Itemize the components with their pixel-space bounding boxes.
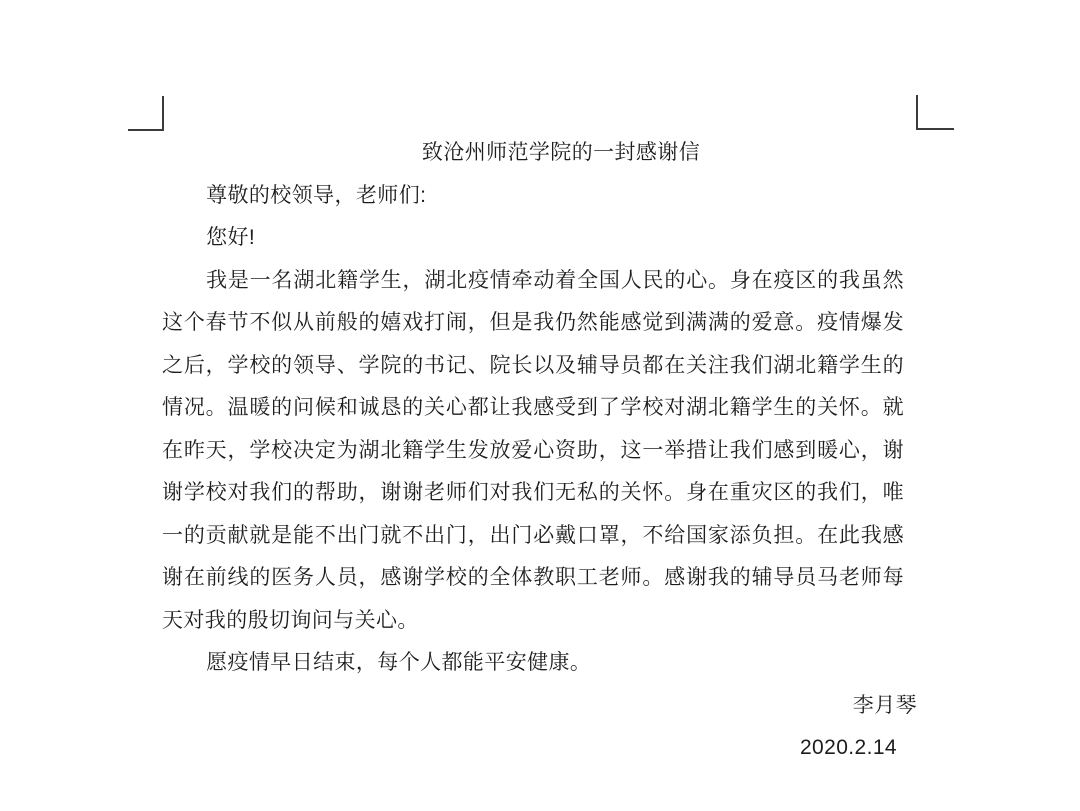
letter-closing-line: 愿疫情早日结束，每个人都能平安健康。 xyxy=(162,642,904,685)
letter-title: 致沧州师范学院的一封感谢信 xyxy=(162,132,904,175)
document-page: 致沧州师范学院的一封感谢信 尊敬的校领导，老师们: 您好! 我是一名湖北籍学生，… xyxy=(0,0,1080,811)
body-line: 一的贡献就是能不出门就不出门，出门必戴口罩，不给国家添负担。在此我感 xyxy=(162,515,904,558)
body-line: 之后，学校的领导、学院的书记、院长以及辅导员都在关注我们湖北籍学生的 xyxy=(162,345,904,388)
body-line: 天对我的殷切询问与关心。 xyxy=(162,600,904,643)
letter-salutation: 尊敬的校领导，老师们: xyxy=(162,175,904,218)
body-line: 谢在前线的医务人员，感谢学校的全体教职工老师。感谢我的辅导员马老师每 xyxy=(162,557,904,600)
letter-date: 2020.2.14 xyxy=(162,727,897,770)
margin-mark-top-left xyxy=(128,96,164,131)
body-line: 在昨天，学校决定为湖北籍学生发放爱心资助，这一举措让我们感到暖心，谢 xyxy=(162,430,904,473)
margin-mark-top-right xyxy=(916,95,954,130)
body-line: 情况。温暖的问候和诚恳的关心都让我感受到了学校对湖北籍学生的关怀。就 xyxy=(162,387,904,430)
body-line: 谢学校对我们的帮助，谢谢老师们对我们无私的关怀。身在重灾区的我们，唯 xyxy=(162,472,904,515)
body-line: 我是一名湖北籍学生，湖北疫情牵动着全国人民的心。身在疫区的我虽然 xyxy=(162,260,904,303)
letter-greeting: 您好! xyxy=(162,217,904,260)
letter-content: 致沧州师范学院的一封感谢信 尊敬的校领导，老师们: 您好! 我是一名湖北籍学生，… xyxy=(162,132,904,770)
body-line: 这个春节不似从前般的嬉戏打闹，但是我仍然能感觉到满满的爱意。疫情爆发 xyxy=(162,302,904,345)
letter-signature: 李月琴 xyxy=(162,685,917,728)
